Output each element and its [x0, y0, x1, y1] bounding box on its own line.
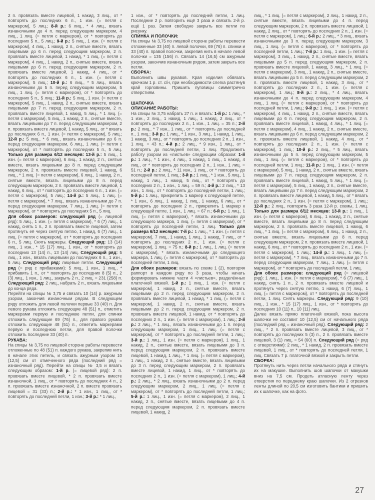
paragraph: 1 изн., от * повторять до последней петл… — [131, 13, 245, 34]
paragraph: Для обоих размеров: вязать по схеме 1 (2… — [131, 265, 245, 414]
text-column-2: 1 изн., от * повторять до последней петл… — [131, 13, 245, 491]
paragraph: Далее вязать прямо платочной вязкой, пок… — [254, 312, 368, 358]
paragraph: Перейти на спицы № 3,75 и связать 10 (14… — [8, 291, 122, 337]
paragraph: Протянуть нить через петли начального ря… — [254, 363, 368, 394]
paragraph: На спицы № 3,75 по лицевой стороне работ… — [131, 39, 245, 70]
text-column-1-content: 2 п. провязать вместе лицевой, 1 накид, … — [8, 13, 122, 399]
paragraph: Для обоих размеров: следующий ряд (= лиц… — [254, 270, 368, 311]
text-column-1: 2 п. провязать вместе лицевой, 1 накид, … — [8, 13, 122, 491]
text-column-3: лиц., * 1 лиц. (= петля с маркером), 2 л… — [254, 13, 368, 491]
page-number: 27 — [355, 486, 364, 495]
text-column-2-content: 1 изн., от * повторять до последней петл… — [131, 13, 245, 415]
paragraph: На спицы № 3,75 набрать 27 п. и вязать: … — [131, 111, 245, 265]
text-columns: 2 п. провязать вместе лицевой, 1 накид, … — [8, 13, 368, 491]
paragraph: Для обоих размеров: следующий ряд (= лиц… — [8, 214, 122, 291]
paragraph: Выполнить швы рукавов. Края изделия обвя… — [131, 75, 245, 96]
magazine-page: 2 п. провязать вместе лицевой, 1 накид, … — [0, 0, 375, 500]
paragraph: 2 п. провязать вместе лицевой, 1 накид, … — [8, 13, 122, 214]
text-column-3-content: лиц., * 1 лиц. (= петля с маркером), 2 л… — [254, 13, 368, 394]
paragraph: лиц., * 1 лиц. (= петля с маркером), 2 л… — [254, 13, 368, 270]
paragraph: На спицы № 3,75 по лицевой стороне работ… — [8, 343, 122, 400]
